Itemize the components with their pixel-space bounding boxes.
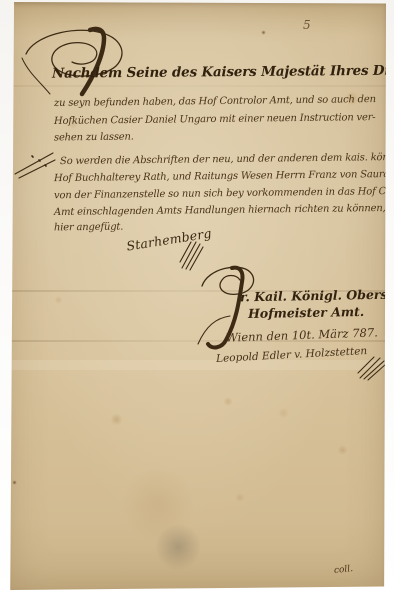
bottom-note: coll. (334, 564, 354, 576)
foxing-stain (54, 296, 63, 304)
body-line: Hofküchen Casier Daniel Ungaro mit einer… (54, 112, 376, 127)
fold-light-band (8, 360, 386, 370)
foxing-stain (278, 408, 289, 418)
foxing-stain (223, 397, 233, 406)
margin-mark-icon (12, 144, 58, 182)
foxing-stain (337, 445, 348, 455)
document-heading: Nachdem Seine des Kaisers Majestät Ihres… (52, 62, 394, 81)
body-line: von der Finanzenstelle so nun sich bey v… (54, 186, 394, 202)
countersignature-paraph-icon (358, 354, 386, 380)
closing-office-line1: r. Kail. Königl. Oberst (240, 287, 393, 305)
closing-office-line2: Hofmeister Amt. (248, 304, 364, 321)
body-line: hier angefügt. (54, 222, 123, 234)
ink-speck (12, 480, 17, 485)
scan-background: 5 Nachdem Seine des Kaisers Majestät Ihr… (0, 0, 394, 600)
body-line: Hof Buchhalterey Rath, und Raitungs Wese… (54, 169, 394, 184)
foxing-stain (235, 493, 245, 502)
gray-smudge (156, 522, 200, 572)
foxing-stain (110, 414, 123, 425)
calligraphic-initial-icon (20, 24, 132, 96)
body-line: Amt einschlagenden Amts Handlungen hiern… (54, 203, 386, 218)
ink-speck (261, 30, 266, 35)
page-number: 5 (303, 18, 311, 32)
body-line: So werden die Abschriften der neu, und d… (60, 152, 394, 167)
body-line: zu seyn befunden haben, das Hof Controlo… (54, 94, 376, 109)
manuscript-paper: 5 Nachdem Seine des Kaisers Majestät Ihr… (8, 2, 386, 590)
body-line: sehen zu lassen. (54, 132, 134, 144)
